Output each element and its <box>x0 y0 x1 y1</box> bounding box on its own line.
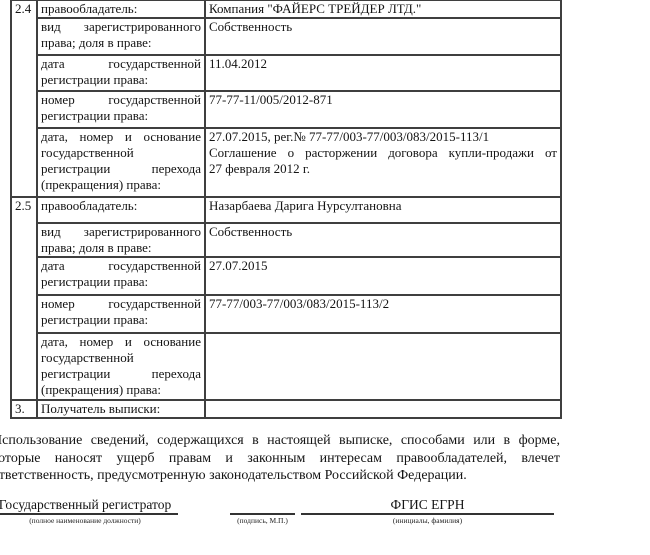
row-label-cell: дата государственной регистрации права: <box>37 257 205 295</box>
row-label-cell: правообладатель: <box>37 197 205 223</box>
table-row: дата государственной регистрации права: … <box>11 257 561 295</box>
row-label-cell: дата государственной регистрации права: <box>37 55 205 91</box>
signature-block: Государственный регистратор (полное наим… <box>0 497 561 525</box>
row-value-cell: 11.04.2012 <box>205 55 561 91</box>
document-screenshot: 2.4 правообладатель: Компания "ФАЙЕРС ТР… <box>0 0 650 555</box>
row-value-cell: 27.07.2015, рег.№ 77-77/003-77/003/083/2… <box>205 128 561 197</box>
row-number-cell: 2.5 <box>11 197 37 400</box>
row-label-cell: Получатель выписки: <box>37 400 205 418</box>
row-value-cell: Собственность <box>205 223 561 257</box>
row-label-cell: правообладатель: <box>37 0 205 18</box>
row-value-cell: Компания "ФАЙЕРС ТРЕЙДЕР ЛТД." <box>205 0 561 18</box>
liability-disclaimer: Использование сведений, содержащихся в н… <box>0 432 560 485</box>
row-value-cell <box>205 333 561 400</box>
table-row: 2.4 правообладатель: Компания "ФАЙЕРС ТР… <box>11 0 561 18</box>
document-page: 2.4 правообладатель: Компания "ФАЙЕРС ТР… <box>0 0 650 525</box>
table-row: дата государственной регистрации права: … <box>11 55 561 91</box>
row-value-cell: Собственность <box>205 18 561 55</box>
signature-stamp-line: (подпись, М.П.) <box>230 497 295 525</box>
row-number-cell: 2.4 <box>11 0 37 197</box>
signature-line <box>230 497 295 515</box>
row-value-cell: 27.07.2015 <box>205 257 561 295</box>
signature-registrar: Государственный регистратор (полное наим… <box>0 497 178 525</box>
row-label-cell: дата, номер и основание государственной … <box>37 333 205 400</box>
row-value-cell <box>205 400 561 418</box>
row-value-cell: Назарбаева Дарига Нурсултановна <box>205 197 561 223</box>
row-label-cell: вид зарегистрированного права; доля в пр… <box>37 223 205 257</box>
fgis-label: ФГИС ЕГРН <box>301 497 554 515</box>
table-row: 3. Получатель выписки: <box>11 400 561 418</box>
table-row: 2.5 правообладатель: Назарбаева Дарига Н… <box>11 197 561 223</box>
signature-fgis: ФГИС ЕГРН (инициалы, фамилия) <box>301 497 554 525</box>
value-line: 27.07.2015, рег.№ 77-77/003-77/003/083/2… <box>209 129 557 145</box>
table-row: номер государственной регистрации права:… <box>11 91 561 128</box>
value-line: Соглашение о расторжении договора купли-… <box>209 145 557 161</box>
table-row: дата, номер и основание государственной … <box>11 333 561 400</box>
row-value-cell: 77-77-11/005/2012-871 <box>205 91 561 128</box>
registrar-title: Государственный регистратор <box>0 497 178 515</box>
row-label-cell: дата, номер и основание государственной … <box>37 128 205 197</box>
row-value-cell: 77-77/003-77/003/083/2015-113/2 <box>205 295 561 333</box>
egrn-register-table: 2.4 правообладатель: Компания "ФАЙЕРС ТР… <box>10 0 562 419</box>
table-row: вид зарегистрированного права; доля в пр… <box>11 223 561 257</box>
registrar-caption: (полное наименование должности) <box>0 516 178 525</box>
table-row: вид зарегистрированного права; доля в пр… <box>11 18 561 55</box>
row-label-cell: вид зарегистрированного права; доля в пр… <box>37 18 205 55</box>
table-row: дата, номер и основание государственной … <box>11 128 561 197</box>
row-label-cell: номер государственной регистрации права: <box>37 91 205 128</box>
value-line: 27 февраля 2012 г. <box>209 161 557 177</box>
row-label-cell: номер государственной регистрации права: <box>37 295 205 333</box>
table-row: номер государственной регистрации права:… <box>11 295 561 333</box>
name-caption: (инициалы, фамилия) <box>301 516 554 525</box>
signature-caption: (подпись, М.П.) <box>230 516 295 525</box>
row-number-cell: 3. <box>11 400 37 418</box>
